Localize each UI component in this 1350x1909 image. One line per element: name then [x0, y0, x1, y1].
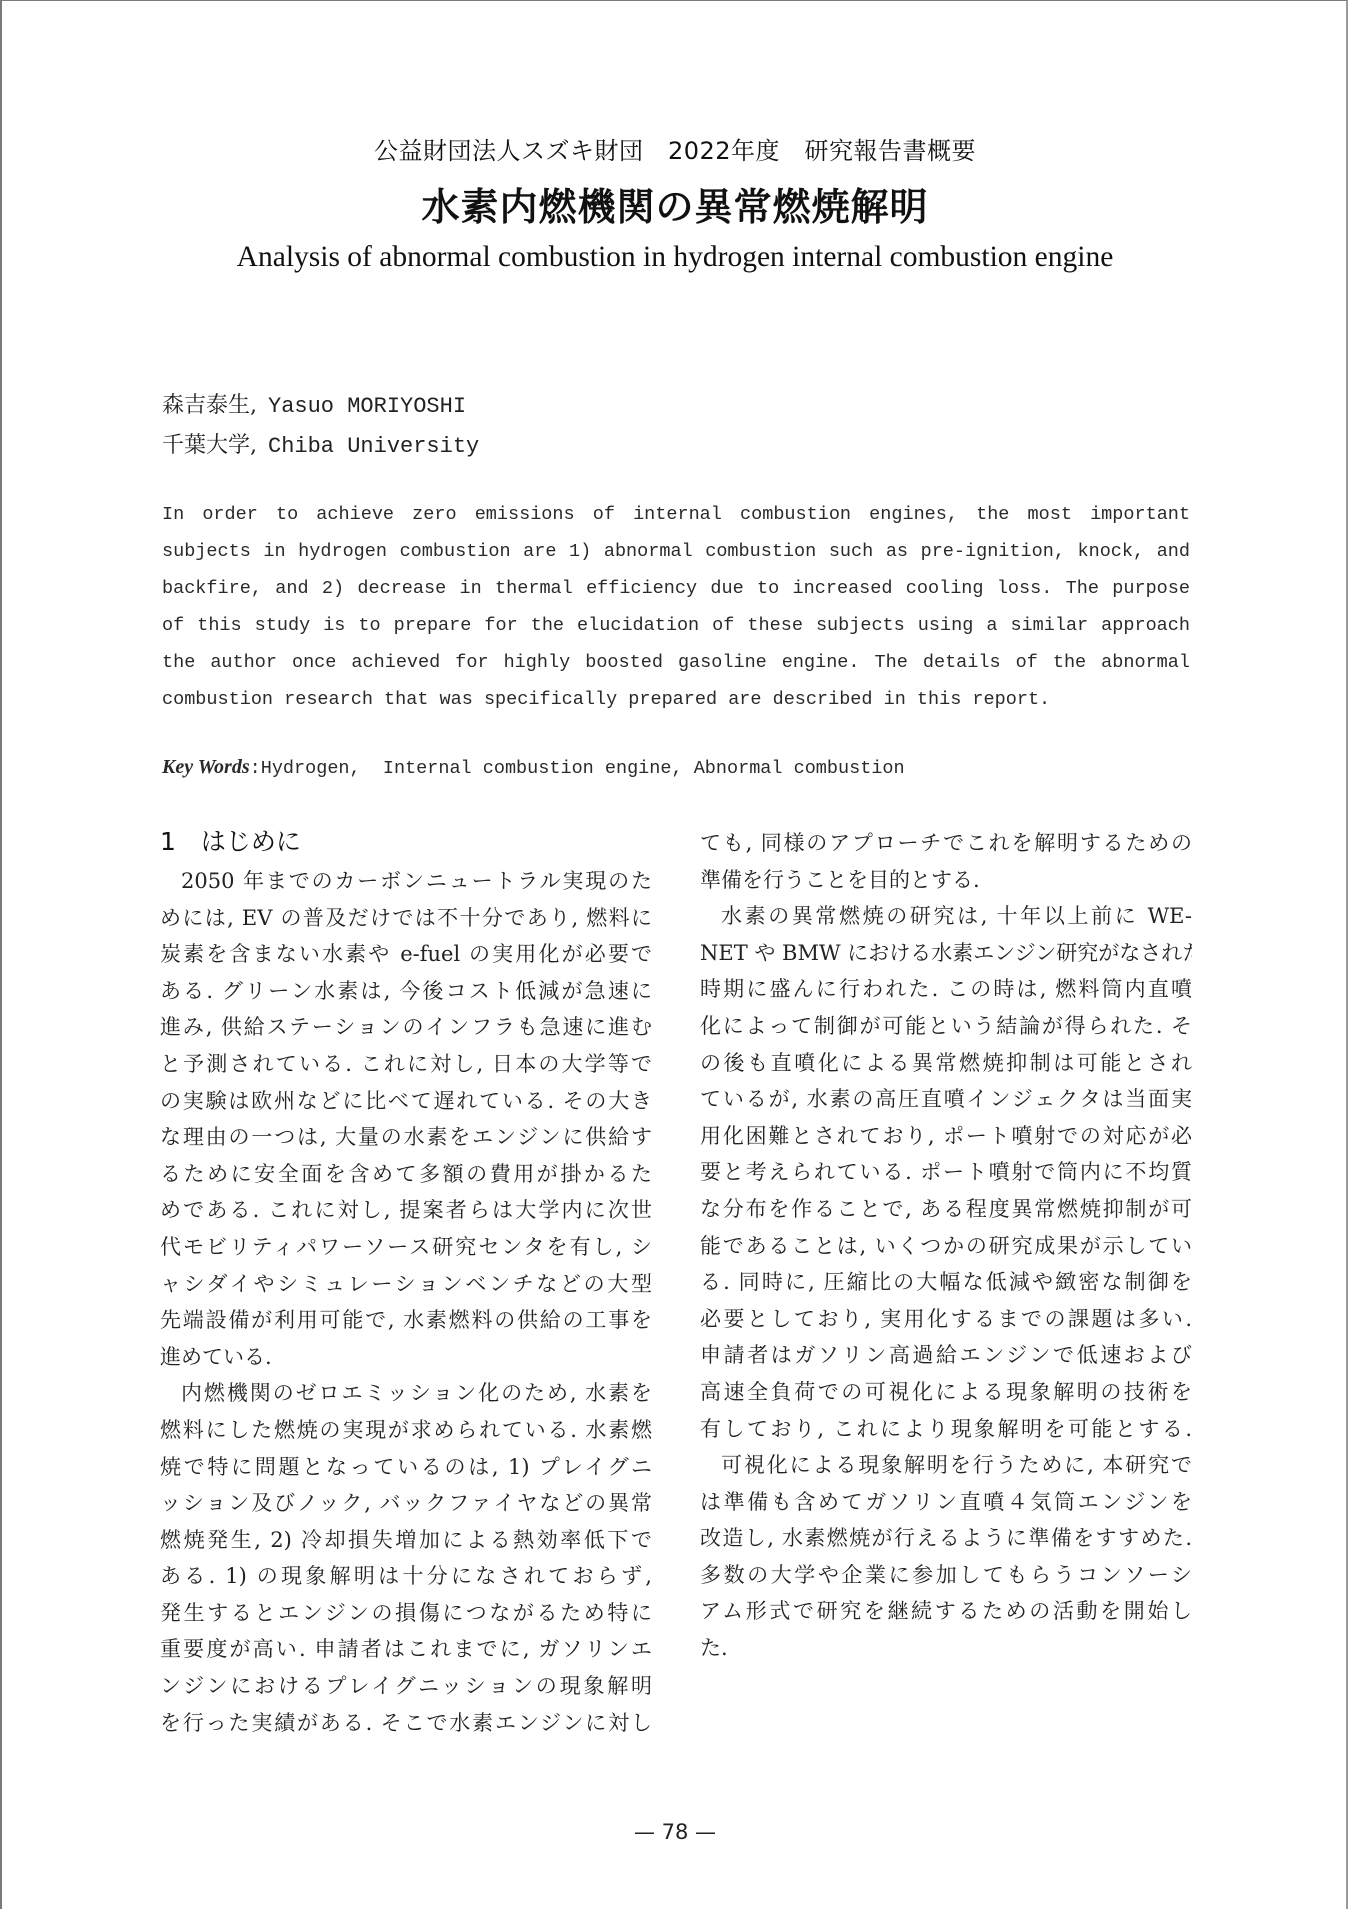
author-affiliation-row: 千葉大学, Chiba University	[162, 426, 479, 466]
body-text-line: 時期に盛んに行われた. この時は, 燃料筒内直噴	[700, 971, 1192, 1008]
body-text-line: ある. 1) の現象解明は十分になされておらず,	[160, 1558, 652, 1595]
body-text-line: ても, 同様のアプローチでこれを解明するための	[700, 825, 1192, 862]
abstract-line: combustion research that was specificall…	[162, 681, 1190, 718]
body-text-line: 重要度が高い. 申請者はこれまでに, ガソリンエ	[160, 1631, 652, 1668]
abstract-line: In order to achieve zero emissions of in…	[162, 496, 1190, 533]
body-text-line: 用化困難とされており, ポート噴射での対応が必	[700, 1118, 1192, 1155]
left-column-text: 2050 年までのカーボンニュートラル実現のためには, EV の普及だけでは不十…	[160, 863, 652, 1741]
body-text-line: を行った実績がある. そこで水素エンジンに対し	[160, 1705, 652, 1742]
body-text-line: ッション及びノック, バックファイヤなどの異常	[160, 1485, 652, 1522]
keywords-label: Key Words	[162, 756, 250, 778]
body-text-line: 炭素を含まない水素や e-fuel の実用化が必要で	[160, 936, 652, 973]
body-text-line: 準備を行うことを目的とする.	[700, 862, 1192, 899]
body-text-line: の後も直噴化による異常燃焼抑制は可能とされ	[700, 1045, 1192, 1082]
body-text-line: 進み, 供給ステーションのインフラも急速に進む	[160, 1009, 652, 1046]
body-text-line: ある. グリーン水素は, 今後コスト低減が急速に	[160, 973, 652, 1010]
body-text-line: 焼で特に問題となっているのは, 1) プレイグニ	[160, 1449, 652, 1486]
abstract-line: subjects in hydrogen combustion are 1) a…	[162, 533, 1190, 570]
body-text-line: ンジンにおけるプレイグニッションの現象解明	[160, 1668, 652, 1705]
abstract: In order to achieve zero emissions of in…	[162, 496, 1190, 718]
author-block: 森吉泰生, Yasuo MORIYOSHI 千葉大学, Chiba Univer…	[162, 386, 479, 466]
body-text-line: 化によって制御が可能という結論が得られた. そ	[700, 1008, 1192, 1045]
body-text-line: と予測されている. これに対し, 日本の大学等で	[160, 1046, 652, 1083]
author-name-row: 森吉泰生, Yasuo MORIYOSHI	[162, 386, 479, 426]
keywords-value: Hydrogen, Internal combustion engine, Ab…	[261, 758, 905, 779]
page-title-english: Analysis of abnormal combustion in hydro…	[0, 241, 1350, 274]
body-text-line: な理由の一つは, 大量の水素をエンジンに供給す	[160, 1119, 652, 1156]
body-text-line: 可視化による現象解明を行うために, 本研究で	[700, 1447, 1192, 1484]
body-text-line: な分布を作ることで, ある程度異常燃焼抑制が可	[700, 1191, 1192, 1228]
page-title-japanese: 水素内燃機関の異常燃焼解明	[0, 176, 1350, 231]
body-text-line: ャシダイやシミュレーションベンチなどの大型	[160, 1266, 652, 1303]
author-name-jp: 森吉泰生,	[162, 393, 257, 418]
page-number: — 78 —	[0, 1820, 1350, 1844]
body-text-line: 水素の異常燃焼の研究は, 十年以上前に WE-	[700, 898, 1192, 935]
body-text-line: は準備も含めてガソリン直噴４気筒エンジンを	[700, 1484, 1192, 1521]
abstract-line: the author once achieved for highly boos…	[162, 644, 1190, 681]
body-text-line: めである. これに対し, 提案者らは大学内に次世	[160, 1192, 652, 1229]
body-text-line: る. 同時に, 圧縮比の大幅な低減や緻密な制御を	[700, 1264, 1192, 1301]
body-text-line: 高速全負荷での可視化による現象解明の技術を	[700, 1374, 1192, 1411]
keywords: Key Words:Hydrogen, Internal combustion …	[162, 756, 905, 779]
body-text-line: めには, EV の普及だけでは不十分であり, 燃料に	[160, 900, 652, 937]
body-text-line: るために安全面を含めて多額の費用が掛かるた	[160, 1156, 652, 1193]
affiliation-en: Chiba University	[268, 434, 479, 459]
affiliation-jp: 千葉大学,	[162, 433, 257, 458]
author-name-en: Yasuo MORIYOSHI	[268, 394, 466, 419]
body-text-line: アム形式で研究を継続するための活動を開始し	[700, 1593, 1192, 1630]
report-series-header: 公益財団法人スズキ財団 2022年度 研究報告書概要	[0, 131, 1350, 166]
body-column-right: ても, 同様のアプローチでこれを解明するための準備を行うことを目的とする.水素の…	[700, 825, 1192, 1667]
body-text-line: 燃焼発生, 2) 冷却損失増加による熱効率低下で	[160, 1522, 652, 1559]
abstract-line: of this study is to prepare for the eluc…	[162, 607, 1190, 644]
body-text-line: 代モビリティパワーソース研究センタを有し, シ	[160, 1229, 652, 1266]
body-text-line: 進めている.	[160, 1339, 652, 1376]
body-text-line: 必要としており, 実用化するまでの課題は多い.	[700, 1301, 1192, 1338]
section-heading: 1 はじめに	[160, 825, 652, 863]
body-text-line: 改造し, 水素燃焼が行えるように準備をすすめた.	[700, 1520, 1192, 1557]
body-text-line: 申請者はガソリン高過給エンジンで低速および	[700, 1337, 1192, 1374]
body-column-left: 1 はじめに 2050 年までのカーボンニュートラル実現のためには, EV の普…	[160, 825, 652, 1741]
right-column-text: ても, 同様のアプローチでこれを解明するための準備を行うことを目的とする.水素の…	[700, 825, 1192, 1667]
keywords-separator: :	[250, 758, 261, 779]
body-text-line: の実験は欧州などに比べて遅れている. その大き	[160, 1083, 652, 1120]
body-text-line: 要と考えられている. ポート噴射で筒内に不均質	[700, 1154, 1192, 1191]
abstract-line: backfire, and 2) decrease in thermal eff…	[162, 570, 1190, 607]
body-text-line: NET や BMW における水素エンジン研究がなされた	[700, 935, 1192, 972]
body-text-line: 内燃機関のゼロエミッション化のため, 水素を	[160, 1375, 652, 1412]
body-text-line: 発生するとエンジンの損傷につながるため特に	[160, 1595, 652, 1632]
body-text-line: ているが, 水素の高圧直噴インジェクタは当面実	[700, 1081, 1192, 1118]
body-text-line: 能であることは, いくつかの研究成果が示してい	[700, 1228, 1192, 1265]
body-text-line: 2050 年までのカーボンニュートラル実現のた	[160, 863, 652, 900]
body-text-line: 先端設備が利用可能で, 水素燃料の供給の工事を	[160, 1302, 652, 1339]
body-text-line: た.	[700, 1630, 1192, 1667]
body-text-line: 多数の大学や企業に参加してもらうコンソーシ	[700, 1557, 1192, 1594]
body-text-line: 燃料にした燃焼の実現が求められている. 水素燃	[160, 1412, 652, 1449]
body-text-line: 有しており, これにより現象解明を可能とする.	[700, 1411, 1192, 1448]
